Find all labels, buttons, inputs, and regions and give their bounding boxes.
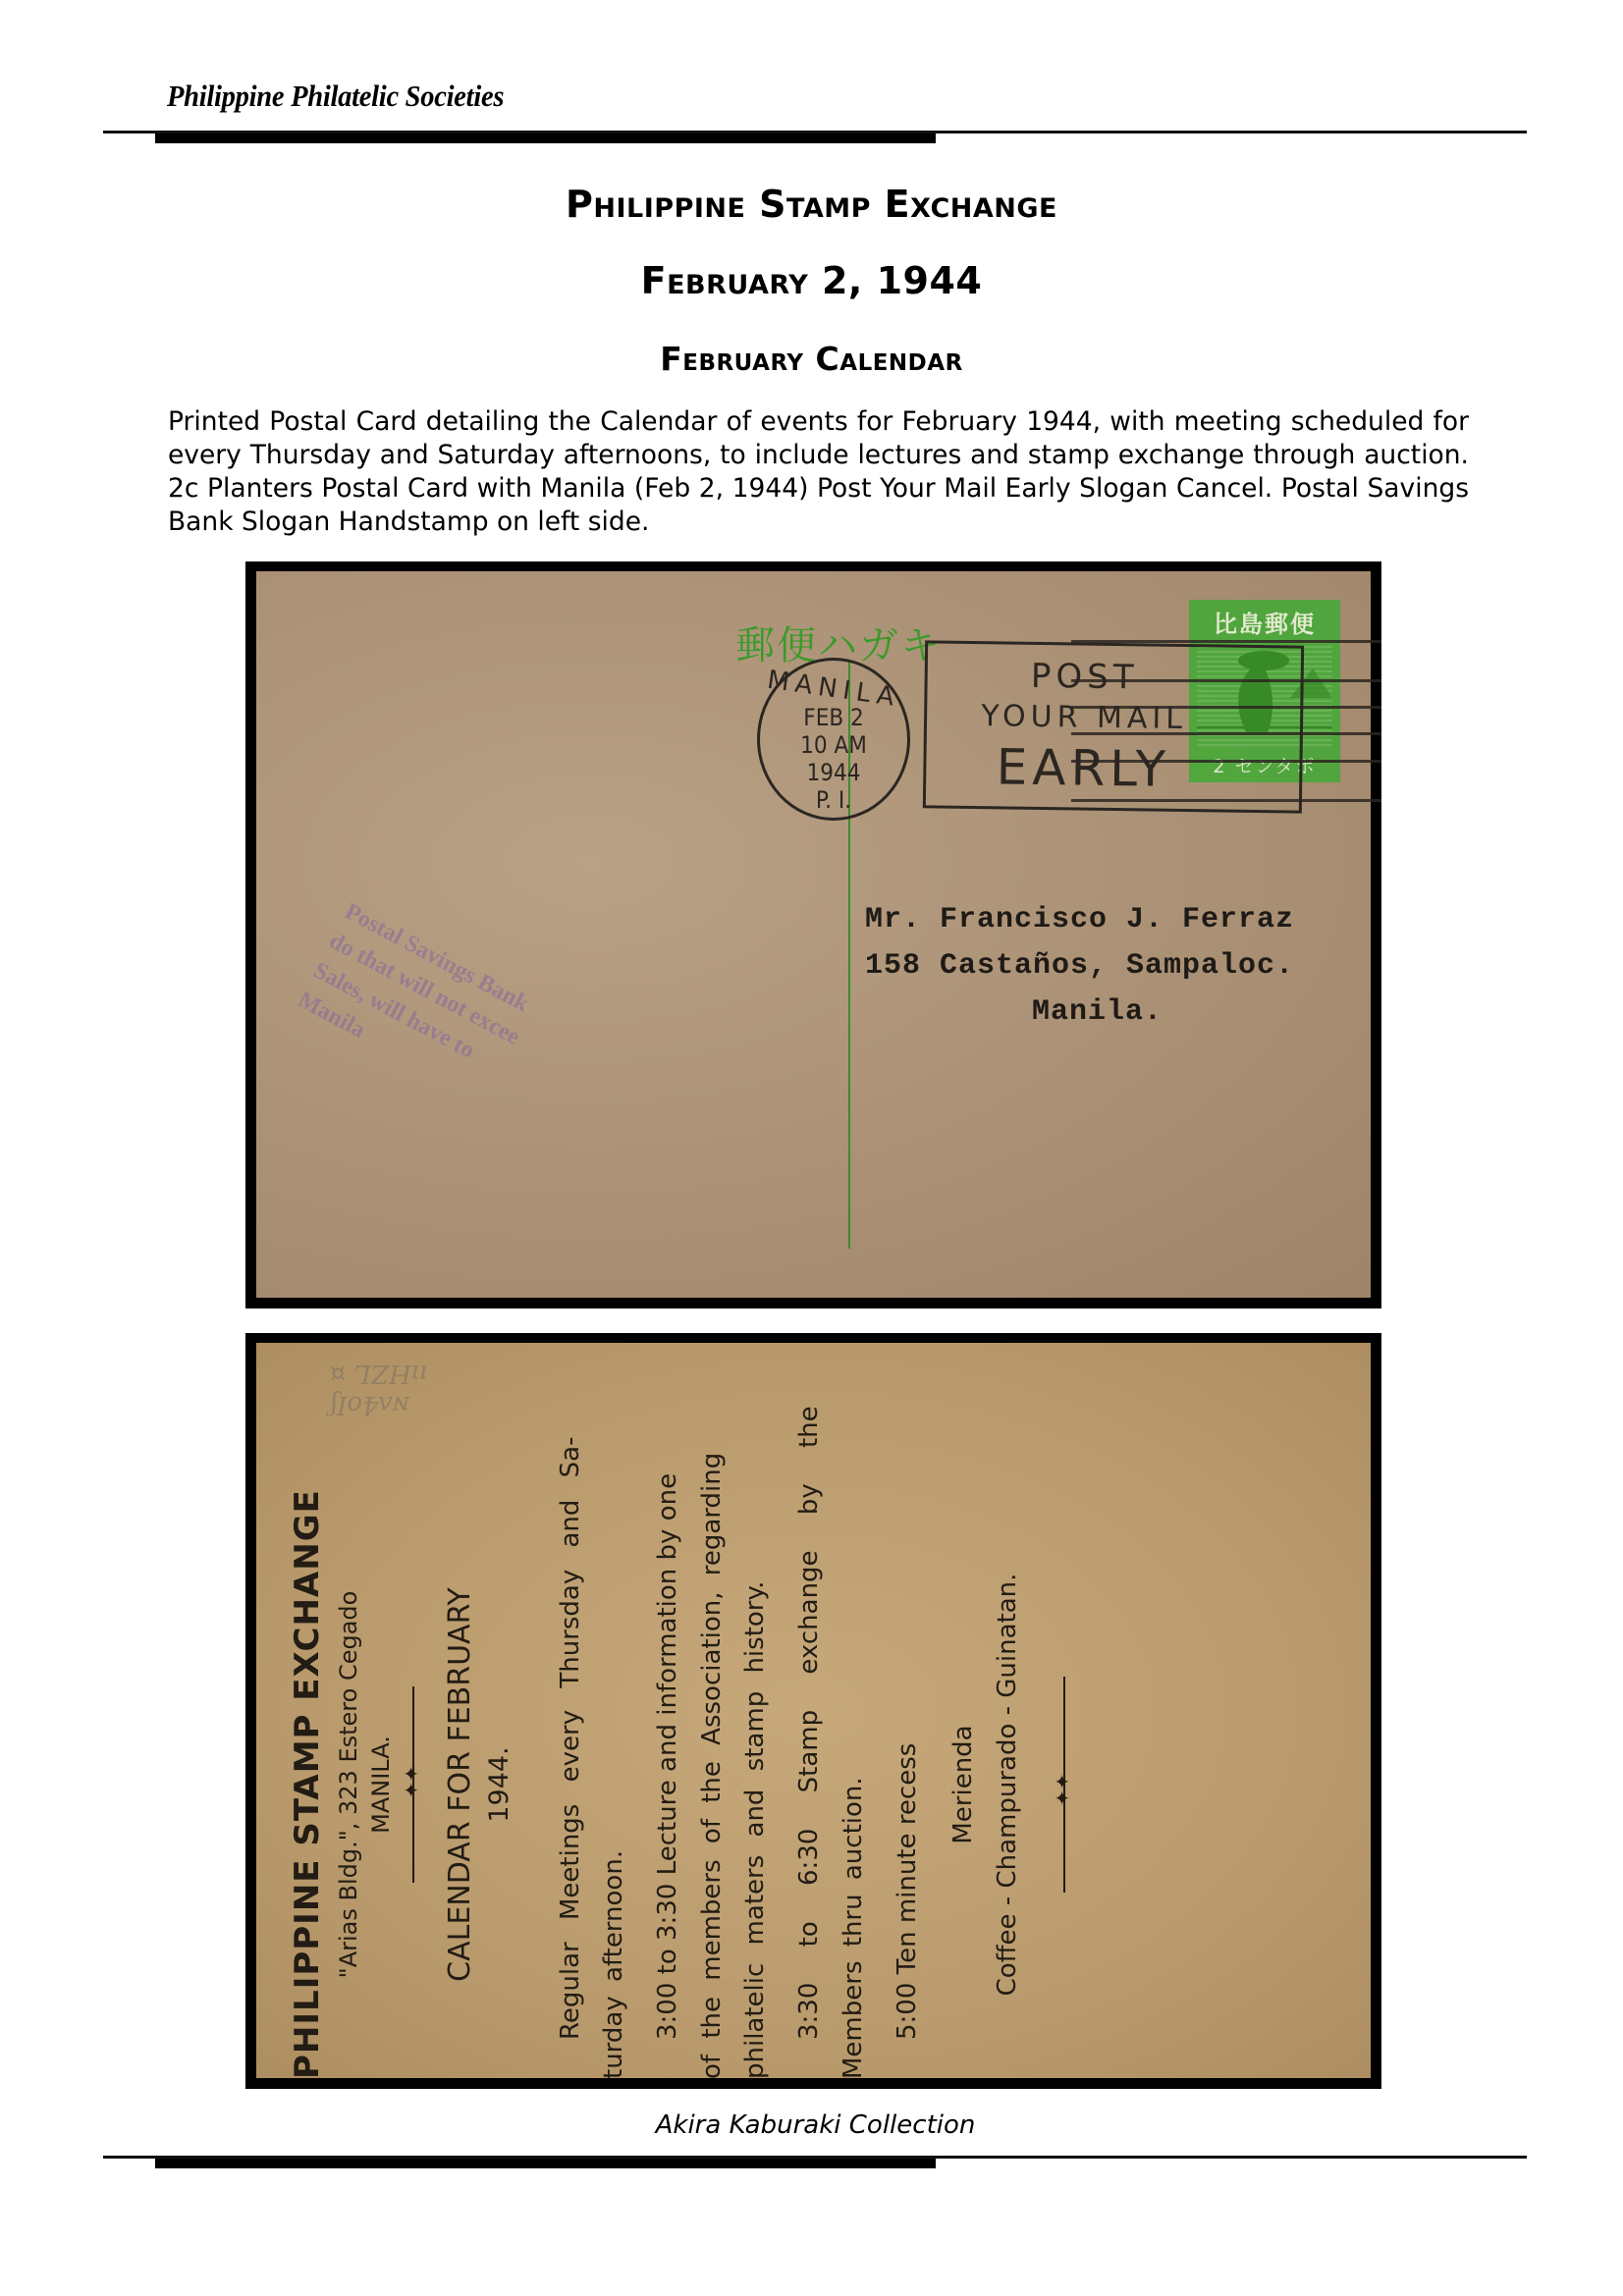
ornament-diamond-icon: ✦✦	[1051, 1773, 1074, 1806]
calendar-line: 3:00 to 3:30 Lecture and information by …	[653, 1473, 682, 2040]
postmark-year: 1944	[760, 759, 907, 786]
footer-rule-thick	[155, 2159, 936, 2168]
postmark-country: P. I.	[760, 786, 907, 814]
card-paper: 郵便ハガキ MANILA FEB 2 10 AM 1944 P. I. 比島郵便…	[256, 571, 1371, 1298]
description-paragraph: Printed Postal Card detailing the Calend…	[168, 405, 1469, 539]
ornament-diamond-icon: ✦✦	[400, 1765, 423, 1798]
cancel-bar	[1071, 706, 1381, 709]
cancel-bar	[1071, 732, 1381, 735]
address-line-name: Mr. Francisco J. Ferraz	[865, 903, 1294, 936]
slogan-line-2: YOUR MAIL	[927, 698, 1241, 736]
cancel-bar	[1071, 640, 1381, 643]
calendar-title: CALENDAR FOR FEBRUARY	[443, 1490, 477, 2079]
org-city: MANILA.	[367, 1490, 395, 2079]
slogan-cancel-box: POST YOUR MAIL EARLY	[923, 640, 1304, 813]
address-line-street: 158 Castaños, Sampaloc.	[865, 949, 1294, 983]
postmark-time: 10 AM	[760, 731, 907, 759]
merienda-heading: Merienda	[948, 1490, 978, 2079]
stamp-top-text: 比島郵便	[1189, 605, 1340, 639]
calendar-line: of the members of the Association, regar…	[697, 1453, 727, 2079]
postal-card-back: ııHZL ¤ ɴʌ4oIʃ PHILIPPINE STAMP EXCHANGE…	[245, 1333, 1381, 2089]
cancel-bar	[1071, 679, 1381, 682]
calendar-text-rotated: PHILIPPINE STAMP EXCHANGE "Arias Bldg.",…	[256, 1353, 1366, 2079]
postmark-date: FEB 2	[760, 704, 907, 731]
slogan-line-1: POST	[927, 655, 1242, 698]
postal-card-front: 郵便ハガキ MANILA FEB 2 10 AM 1944 P. I. 比島郵便…	[245, 561, 1381, 1308]
society-header: Philippine Philatelic Societies	[167, 79, 504, 114]
org-name: PHILIPPINE STAMP EXCHANGE	[288, 1490, 327, 2079]
postal-savings-handstamp: Postal Savings Bank do that will not exc…	[292, 895, 683, 1188]
calendar-year: 1944.	[484, 1490, 514, 2079]
manila-postmark: MANILA FEB 2 10 AM 1944 P. I.	[757, 658, 910, 821]
page-subtitle: February Calendar	[0, 340, 1623, 378]
slogan-line-3: EARLY	[926, 737, 1241, 798]
page-date: February 2, 1944	[0, 259, 1623, 302]
cancel-bar	[1071, 799, 1381, 802]
calendar-line: Members thru auction.	[839, 1777, 868, 2079]
cancel-bar	[1071, 760, 1381, 763]
merienda-menu: Coffee - Champurado - Guinatan.	[993, 1490, 1022, 2079]
calendar-line: turday afternoon.	[599, 1850, 628, 2079]
calendar-line: philatelic maters and stamp history.	[740, 1581, 770, 2079]
org-address: "Arias Bldg.", 323 Estero Cegado	[335, 1490, 362, 2079]
header-rule-thick	[155, 133, 936, 143]
calendar-line: Regular Meetings every Thursday and Sa-	[556, 1436, 585, 2040]
calendar-line: 5:00 Ten minute recess	[893, 1743, 922, 2040]
card-paper: ııHZL ¤ ɴʌ4oIʃ PHILIPPINE STAMP EXCHANGE…	[256, 1343, 1371, 2078]
calendar-line: 3:30 to 6:30 Stamp exchange by the	[794, 1406, 824, 2040]
collection-credit: Akira Kaburaki Collection	[4, 2110, 1623, 2140]
address-line-city: Manila.	[1032, 995, 1163, 1029]
page-title: Philippine Stamp Exchange	[0, 183, 1623, 226]
